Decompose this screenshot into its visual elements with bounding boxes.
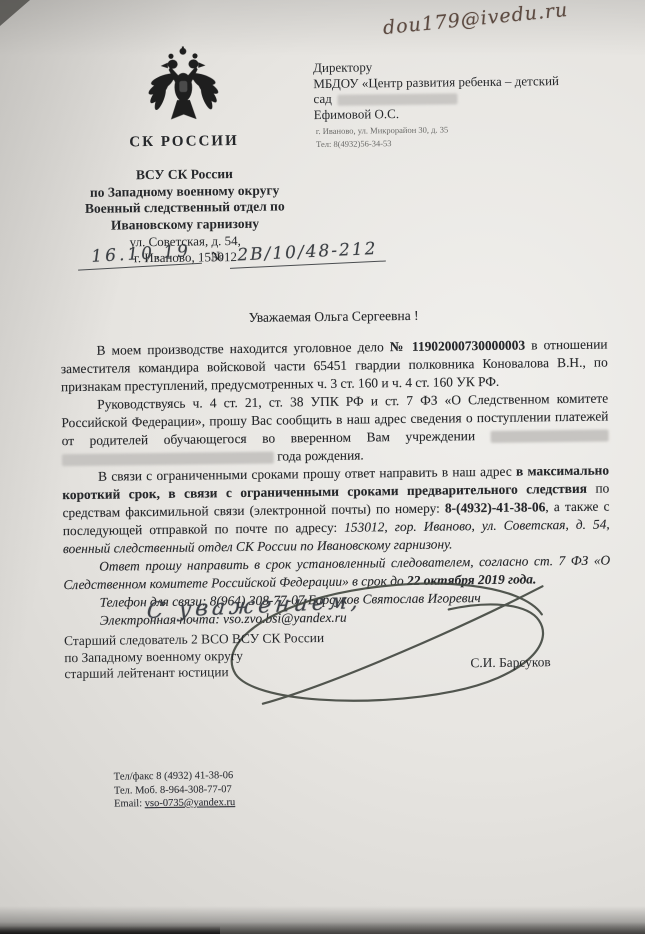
paragraph-deadline: В связи с ограниченными сроками прошу от… <box>62 461 610 558</box>
redaction-bar <box>62 452 274 467</box>
handwritten-date: 16.10.19 <box>77 241 202 271</box>
paragraph-request: Руководствуясь ч. 4 ст. 21, ст. 38 УПК Р… <box>61 390 609 469</box>
fax-number: 8-(4932)-41-38-06 <box>445 499 546 515</box>
paragraph-text: года рождения. <box>274 447 364 463</box>
recipient-block: Директору МБДОУ «Центр развития ребенка … <box>313 57 599 122</box>
number-sign: № <box>211 248 224 264</box>
paragraph-case: В моем производстве находится уголовное … <box>60 336 608 397</box>
letterhead: СК РОССИИ ВСУ СК России по Западному вое… <box>33 44 336 268</box>
redaction-bar <box>491 429 609 442</box>
recipient-line-text: сад <box>313 91 332 106</box>
paragraph-term: Ответ прошу направить в срок установленн… <box>63 551 610 594</box>
signature-block: Старший следователь 2 ВСО ВСУ СК России … <box>64 628 485 683</box>
footer-contacts: Тел/факс 8 (4932) 41-38-06 Тел. Моб. 8-9… <box>114 769 236 811</box>
recipient-phone: Тел: 8(4932)56-34-53 <box>316 136 448 151</box>
double-headed-eagle-icon <box>135 45 232 126</box>
redaction-bar <box>338 93 458 105</box>
salutation: Уважаемая Ольга Сергеевна ! <box>60 305 607 330</box>
date-number-line: 16.10.19 № 2В/10/48-212 <box>77 241 386 268</box>
footer-email-line: Email: vso-0735@yandex.ru <box>114 796 235 811</box>
footer-fax-line: Тел/факс 8 (4932) 41-38-06 <box>114 769 235 784</box>
recipient-line: Ефимовой О.С. <box>314 103 599 122</box>
signer-name: С.И. Барсуков <box>470 654 550 671</box>
due-date: 22 октября 2019 года. <box>407 571 536 588</box>
handwritten-ref-number: 2В/10/48-212 <box>229 238 386 268</box>
letter-body: Уважаемая Ольга Сергеевна ! В моем произ… <box>60 305 611 631</box>
handwritten-email-note: dou179@ivedu.ru <box>382 0 613 39</box>
footer-email-link: vso-0735@yandex.ru <box>145 797 236 809</box>
case-number: № 11902000730000003 <box>390 338 525 355</box>
org-short-title: СК РОССИИ <box>34 132 334 153</box>
footer-email-label: Email: <box>114 798 142 809</box>
recipient-address: г. Иваново, ул. Микрорайон 30, д. 35 <box>316 123 448 138</box>
org-name-lines: ВСУ СК России по Западному военному окру… <box>34 165 335 235</box>
paragraph-text: В моем производстве находится уголовное … <box>96 339 389 358</box>
letter-document: dou179@ivedu.ru <box>0 0 645 934</box>
paragraph-text: В связи с ограниченными сроками прошу от… <box>98 464 516 484</box>
recipient-meta: г. Иваново, ул. Микрорайон 30, д. 35 Тел… <box>316 123 449 151</box>
